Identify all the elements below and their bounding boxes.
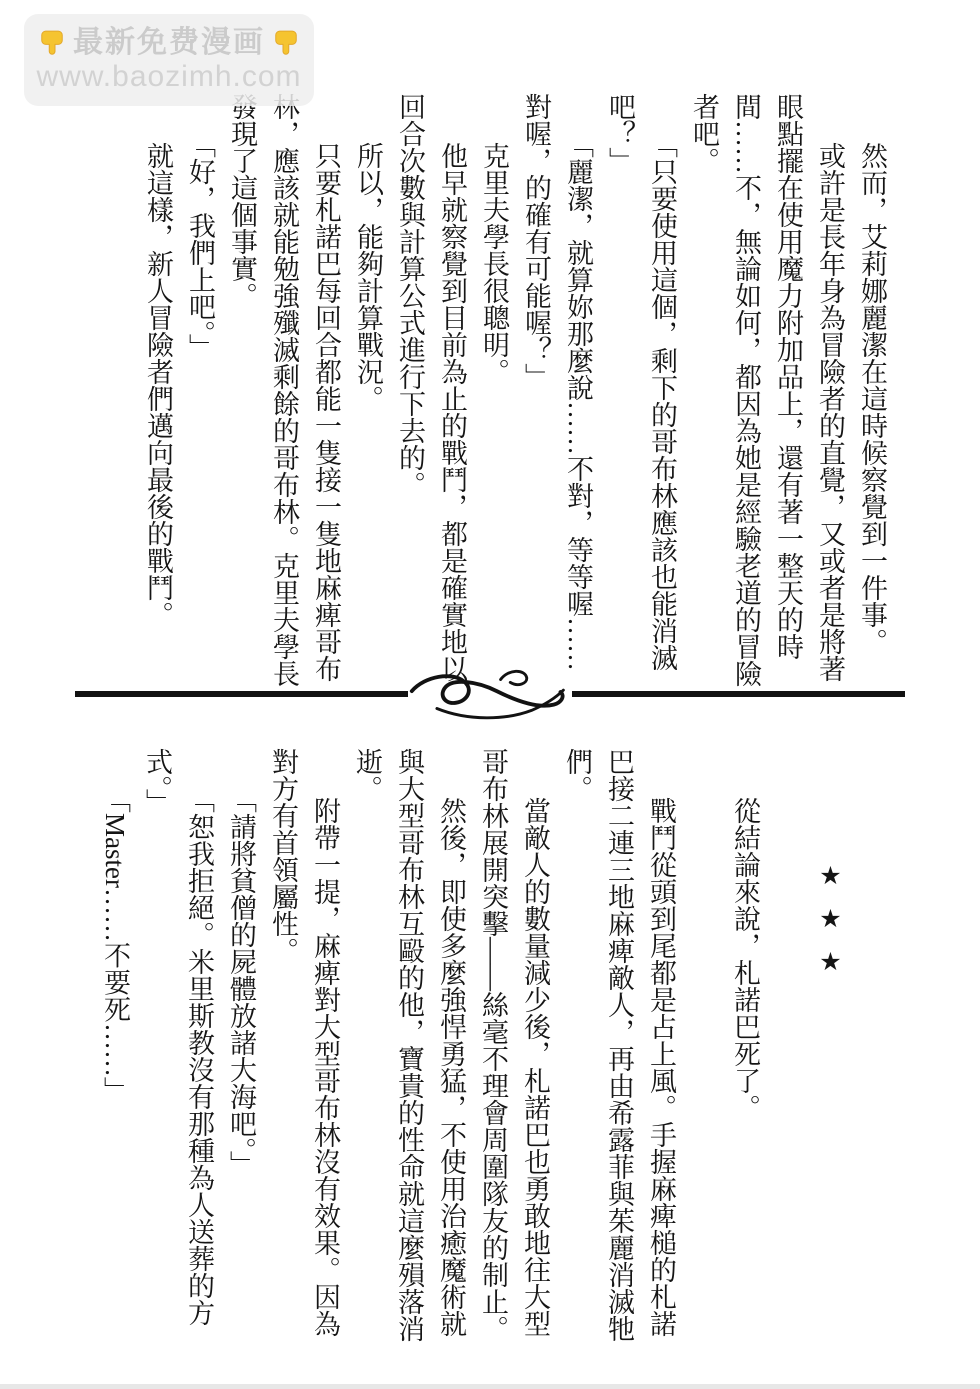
dialogue-paragraph: 「好，我們上吧。」 <box>179 93 221 695</box>
dialogue-paragraph: 「麗潔，就算妳那麼說……不對，等等喔……對喔，的確有可能喔？」 <box>515 93 599 695</box>
paragraph: 附帶一提，麻痺對大型哥布林沒有效果。因為對方有首領屬性。 <box>262 748 346 1350</box>
dialogue-paragraph: 「只要使用這個，剩下的哥布林應該也能消滅吧？」 <box>599 93 683 695</box>
watermark-title-row: 最新免费漫画 <box>37 26 301 60</box>
watermark-url: www.baozimh.com <box>36 60 301 94</box>
dialogue-paragraph: 「Master……不要死……」 <box>94 748 136 1350</box>
paragraph: 他早就察覺到目前為止的戰鬥，都是確實地以回合次數與計算公式進行下去的。 <box>389 93 473 695</box>
paragraph: 就這樣，新人冒險者們邁向最後的戰鬥。 <box>137 93 179 695</box>
column-gap <box>766 748 808 1350</box>
section-divider <box>75 664 905 724</box>
dialogue-paragraph: 「請將貧僧的屍體放諸大海吧。」 <box>220 748 262 1350</box>
scene-break-stars: ★★★ <box>808 748 850 1350</box>
divider-flourish-icon <box>402 666 578 722</box>
paragraph: 克里夫學長很聰明。 <box>473 93 515 695</box>
paragraph: 然而，艾莉娜麗潔在這時候察覺到一件事。 <box>851 93 893 695</box>
paragraph: 戰鬥從頭到尾都是占上風。手握麻痺槌的札諾巴接二連三地麻痺敵人，再由希露菲與茱麗消… <box>556 748 682 1350</box>
finger-pointing-down-icon <box>271 28 301 58</box>
paragraph: 當敵人的數量減少後，札諾巴也勇敢地往大型哥布林展開突擊——絲毫不理會周圍隊友的制… <box>472 748 556 1350</box>
divider-line-right <box>572 691 905 697</box>
paragraph: 或許是長年身為冒險者的直覺，又或者是將著眼點擺在使用魔力附加品上，還有著一整天的… <box>683 93 851 695</box>
finger-pointing-down-icon <box>37 28 67 58</box>
watermark: 最新免费漫画 www.baozimh.com <box>24 14 314 106</box>
divider-line-left <box>75 691 408 697</box>
dialogue-paragraph: 「恕我拒絕。米里斯教沒有那種為人送葬的方式。」 <box>136 748 220 1350</box>
novel-text-bottom: ★★★ 從結論來說，札諾巴死了。 戰鬥從頭到尾都是占上風。手握麻痺槌的札諾巴接二… <box>94 748 850 1350</box>
paragraph: 然後，即使多麼強悍勇猛，不使用治癒魔術就與大型哥布林互毆的他，寶貴的性命就這麼殞… <box>346 748 472 1350</box>
paragraph: 只要札諾巴每回合都能一隻接一隻地麻痺哥布林，應該就能勉強殲滅剩餘的哥布林。克里夫… <box>221 93 347 695</box>
column-gap <box>682 748 724 1350</box>
paragraph: 所以，能夠計算戰況。 <box>347 93 389 695</box>
watermark-title: 最新免费漫画 <box>73 26 265 60</box>
page-edge-shadow <box>0 1384 980 1389</box>
paragraph: 從結論來說，札諾巴死了。 <box>724 748 766 1350</box>
novel-text-top: 然而，艾莉娜麗潔在這時候察覺到一件事。 或許是長年身為冒險者的直覺，又或者是將著… <box>137 93 893 695</box>
